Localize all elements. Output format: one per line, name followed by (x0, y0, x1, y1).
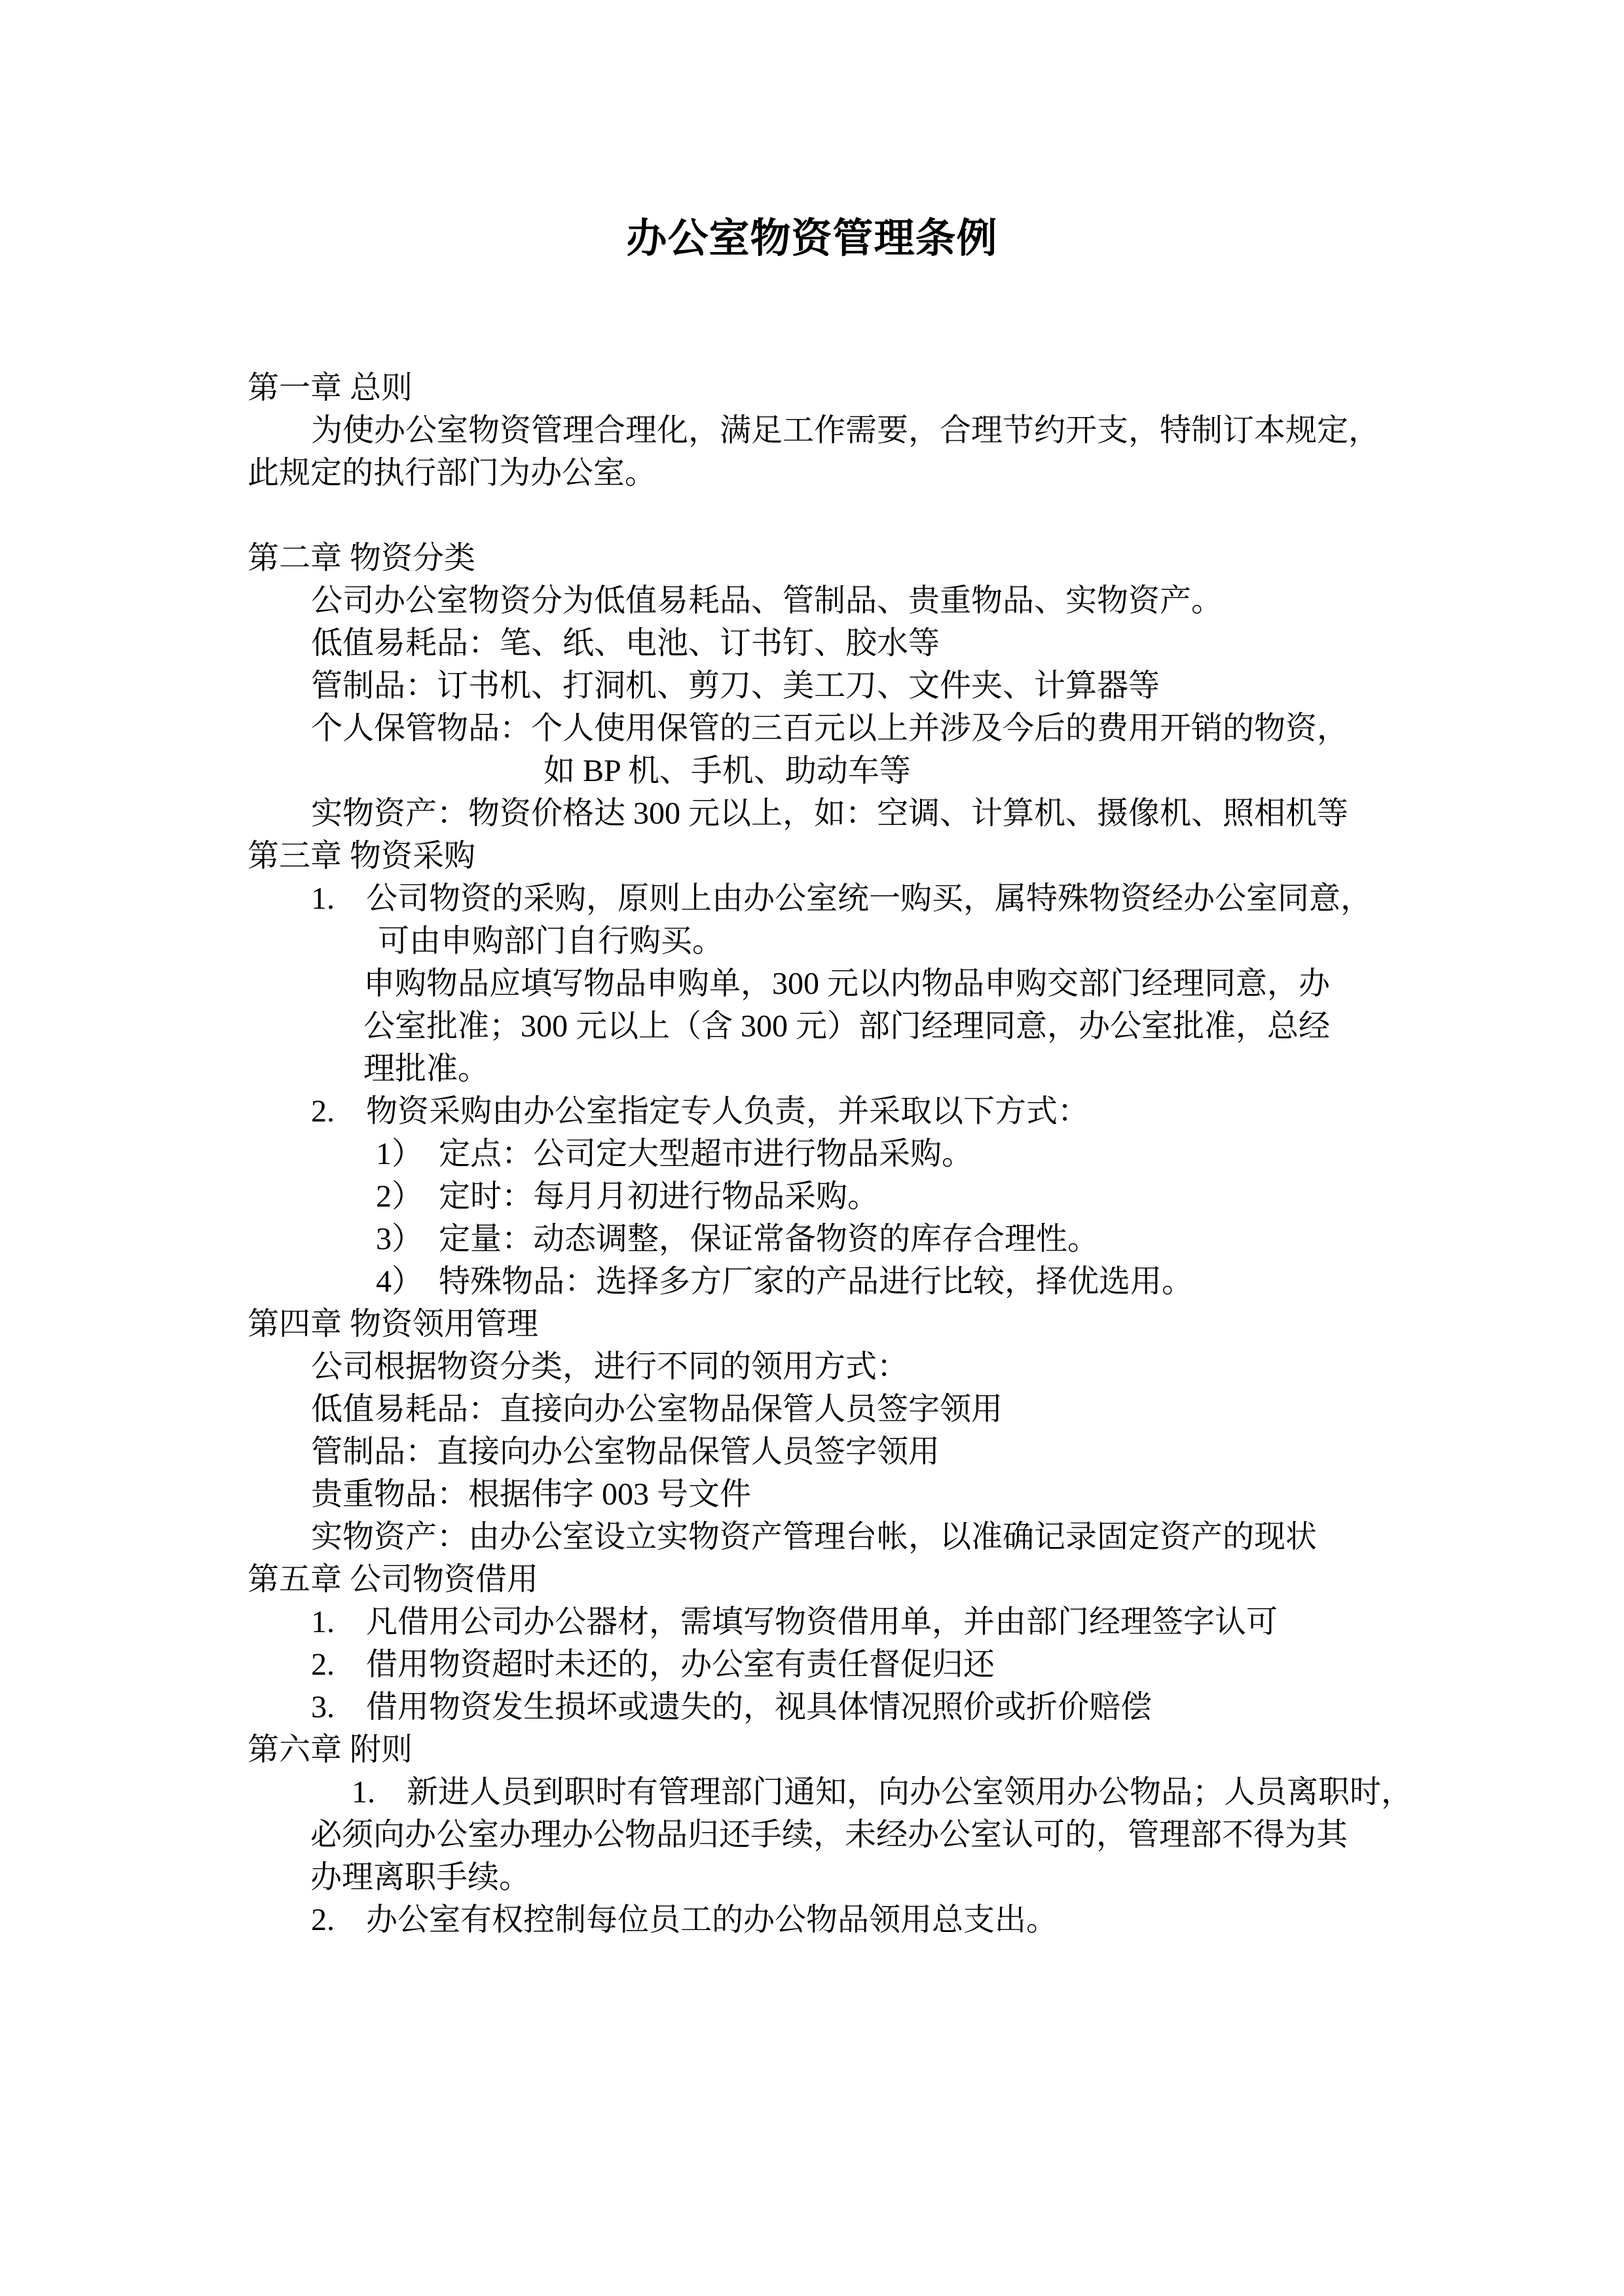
document-line: 3. 借用物资发生损坏或遗失的，视具体情况照价或折价赔偿 (248, 1686, 1376, 1728)
chapter-heading: 第一章 总则 (248, 367, 1376, 409)
document-line: 办理离职手续。 (248, 1856, 1376, 1899)
document-line: 公室批准；300 元以上（含 300 元）部门经理同意，办公室批准，总经 (248, 1005, 1376, 1048)
document-line: 2） 定时：每月月初进行物品采购。 (248, 1175, 1376, 1218)
document-page: 办公室物资管理条例 第一章 总则为使办公室物资管理合理化，满足工作需要，合理节约… (0, 0, 1624, 2296)
document-line: 管制品：直接向办公室物品保管人员签字领用 (248, 1430, 1376, 1473)
document-line: 理批准。 (248, 1048, 1376, 1090)
document-line: 实物资产：由办公室设立实物资产管理台帐，以准确记录固定资产的现状 (248, 1516, 1376, 1558)
document-line: 低值易耗品：笔、纸、电池、订书钉、胶水等 (248, 622, 1376, 665)
document-line: 1. 新进人员到职时有管理部门通知，向办公室领用办公物品；人员离职时， (248, 1771, 1376, 1813)
chapter-heading: 第四章 物资领用管理 (248, 1303, 1376, 1345)
document-line: 1. 凡借用公司办公器材，需填写物资借用单，并由部门经理签字认可 (248, 1601, 1376, 1643)
chapter-heading: 第五章 公司物资借用 (248, 1558, 1376, 1601)
document-line: 管制品：订书机、打洞机、剪刀、美工刀、文件夹、计算器等 (248, 665, 1376, 707)
document-line: 为使办公室物资管理合理化，满足工作需要，合理节约开支，特制订本规定， (248, 409, 1376, 452)
document-line: 1） 定点：公司定大型超市进行物品采购。 (248, 1133, 1376, 1175)
document-line: 2. 办公室有权控制每位员工的办公物品领用总支出。 (248, 1899, 1376, 1941)
document-line: 如 BP 机、手机、助动车等 (248, 750, 1376, 792)
document-line: 2. 物资采购由办公室指定专人负责，并采取以下方式： (248, 1090, 1376, 1133)
chapter-heading: 第二章 物资分类 (248, 537, 1376, 579)
document-line: 公司办公室物资分为低值易耗品、管制品、贵重物品、实物资产。 (248, 579, 1376, 622)
document-line: 1. 公司物资的采购，原则上由办公室统一购买，属特殊物资经办公室同意， (248, 877, 1376, 920)
document-line: 必须向办公室办理办公物品归还手续，未经办公室认可的，管理部不得为其 (248, 1813, 1376, 1856)
document-line: 此规定的执行部门为办公室。 (248, 452, 1376, 494)
chapter-heading: 第六章 附则 (248, 1728, 1376, 1771)
document-line: 实物资产：物资价格达 300 元以上，如：空调、计算机、摄像机、照相机等 (248, 792, 1376, 835)
document-line: 2. 借用物资超时未还的，办公室有责任督促归还 (248, 1643, 1376, 1686)
document-body: 第一章 总则为使办公室物资管理合理化，满足工作需要，合理节约开支，特制订本规定，… (248, 367, 1376, 1941)
document-line: 个人保管物品：个人使用保管的三百元以上并涉及今后的费用开销的物资， (248, 707, 1376, 750)
document-line: 低值易耗品：直接向办公室物品保管人员签字领用 (248, 1388, 1376, 1430)
document-line: 4） 特殊物品：选择多方厂家的产品进行比较，择优选用。 (248, 1260, 1376, 1303)
document-line: 可由申购部门自行购买。 (248, 920, 1376, 962)
document-line: 贵重物品：根据伟字 003 号文件 (248, 1473, 1376, 1516)
document-title: 办公室物资管理条例 (248, 211, 1376, 266)
document-line (248, 494, 1376, 537)
document-line: 申购物品应填写物品申购单，300 元以内物品申购交部门经理同意，办 (248, 962, 1376, 1005)
chapter-heading: 第三章 物资采购 (248, 835, 1376, 877)
document-line: 公司根据物资分类，进行不同的领用方式： (248, 1345, 1376, 1388)
document-line: 3） 定量：动态调整，保证常备物资的库存合理性。 (248, 1218, 1376, 1260)
